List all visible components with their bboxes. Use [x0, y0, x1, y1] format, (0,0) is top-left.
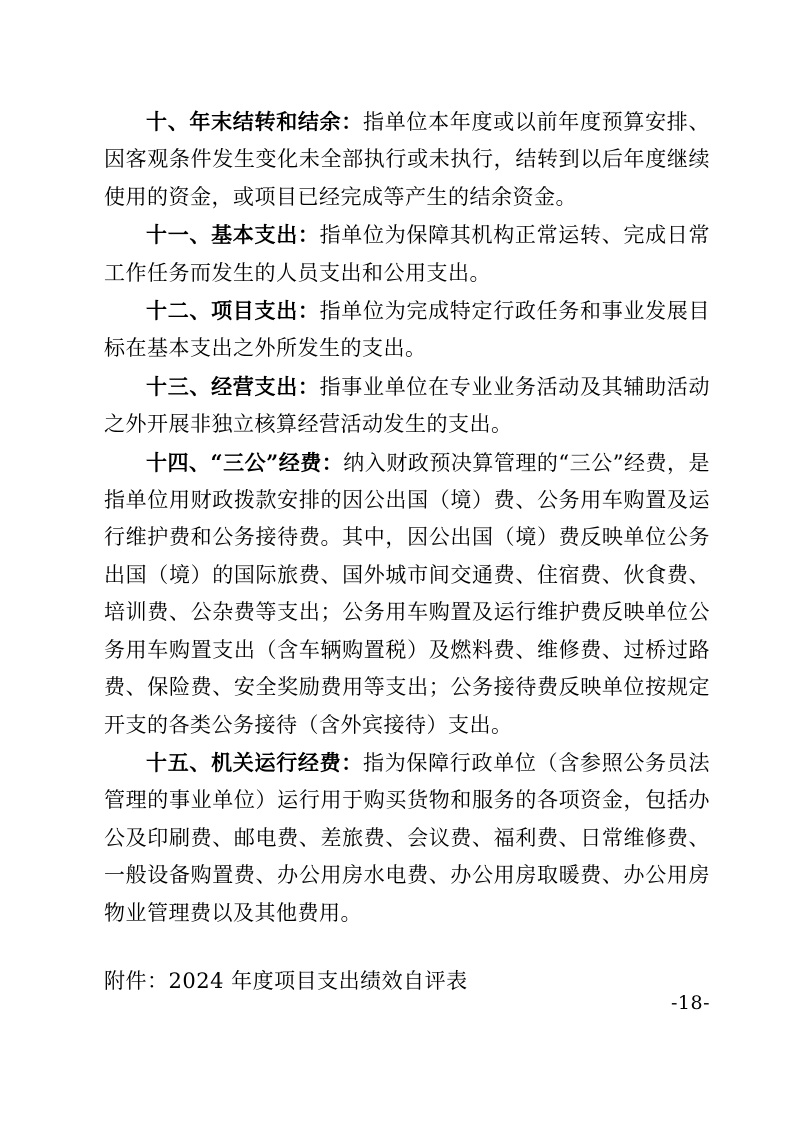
paragraph-heading: 十二、项目支出： — [146, 298, 320, 323]
paragraph: 十二、项目支出：指单位为完成特定行政任务和事业发展目标在基本支出之外所发生的支出… — [104, 292, 710, 368]
paragraph: 十三、经营支出：指事业单位在专业业务活动及其辅助活动之外开展非独立核算经营活动发… — [104, 368, 710, 444]
paragraph: 十四、“三公”经费：纳入财政预决算管理的“三公”经费，是指单位用财政拨款安排的因… — [104, 444, 710, 744]
paragraph-heading: 十五、机关运行经费： — [146, 750, 363, 775]
paragraph-heading: 十四、“三公”经费： — [146, 450, 343, 475]
paragraph: 十、年末结转和结余：指单位本年度或以前年度预算安排、因客观条件发生变化未全部执行… — [104, 103, 710, 216]
paragraph-heading: 十、年末结转和结余： — [146, 109, 363, 134]
paragraph-body: 纳入财政预决算管理的“三公”经费，是指单位用财政拨款安排的因公出国（境）费、公务… — [104, 451, 710, 737]
paragraph: 十五、机关运行经费：指为保障行政单位（含参照公务员法管理的事业单位）运行用于购买… — [104, 744, 710, 932]
page-number: -18- — [104, 992, 710, 1014]
paragraph-heading: 十三、经营支出： — [146, 374, 320, 399]
document-page: 十、年末结转和结余：指单位本年度或以前年度预算安排、因客观条件发生变化未全部执行… — [0, 0, 793, 1122]
page-content: 十、年末结转和结余：指单位本年度或以前年度预算安排、因客观条件发生变化未全部执行… — [104, 103, 710, 1021]
paragraph-body: 指为保障行政单位（含参照公务员法管理的事业单位）运行用于购买货物和服务的各项资金… — [104, 751, 710, 925]
paragraph-heading: 十一、基本支出： — [146, 222, 320, 247]
paragraph: 十一、基本支出：指单位为保障其机构正常运转、完成日常工作任务而发生的人员支出和公… — [104, 216, 710, 292]
